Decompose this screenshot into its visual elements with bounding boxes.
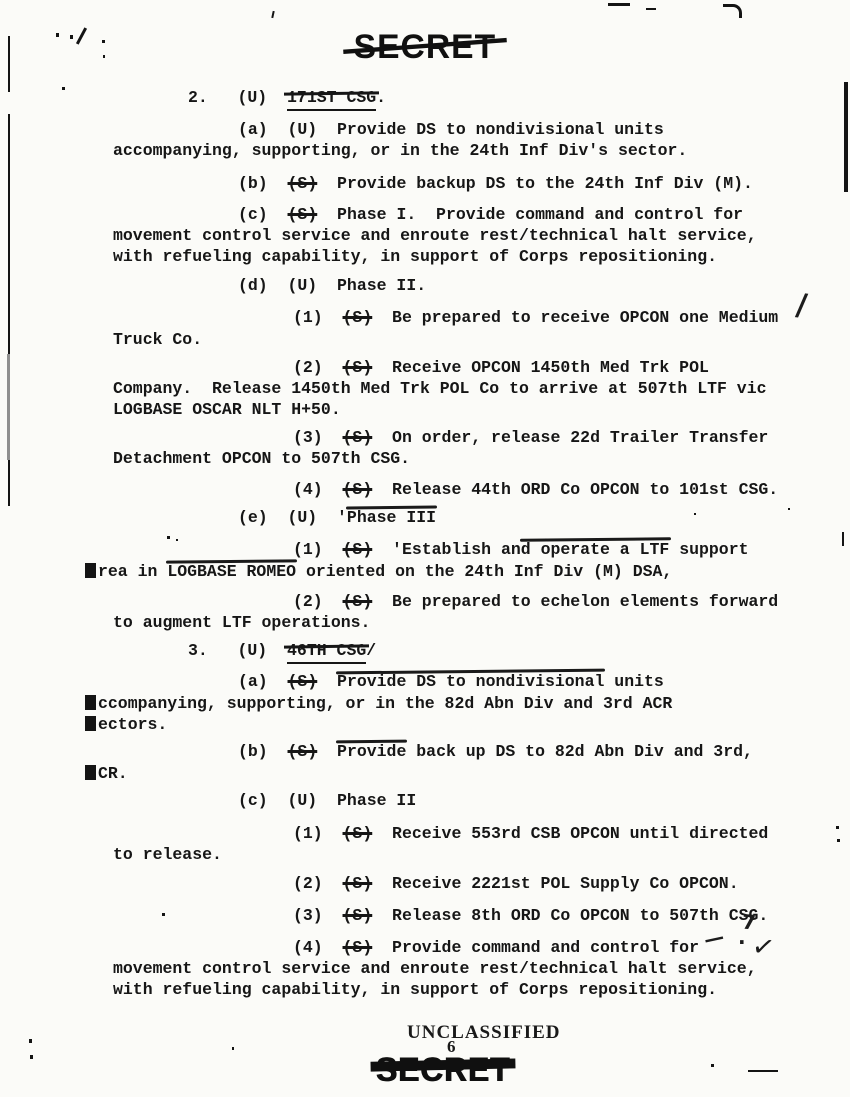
text-segment: (2) (293, 874, 343, 893)
text-segment: On order, release 22d Trailer Transfer (372, 428, 768, 447)
text-segment: Phase III (347, 508, 436, 528)
scan-artifact (62, 87, 65, 90)
document-line: (1) (S) 'Establish and operate a LTF sup… (293, 540, 749, 560)
text-segment: (S) (343, 592, 373, 611)
document-line: (d) (U) Phase II. (238, 276, 426, 296)
text-segment: (1) (293, 308, 343, 327)
document-line: 3. (U) 46TH CSG/ (188, 641, 376, 664)
text-segment (317, 672, 337, 691)
text-segment: (1) (293, 540, 343, 559)
document-line: (3) (S) Release 8th ORD Co OPCON to 507t… (293, 906, 768, 926)
text-segment: (S) (343, 428, 373, 447)
handwritten-mark: / (794, 291, 808, 322)
scan-artifact (56, 33, 59, 37)
text-segment: LOGBASE OSCAR NLT H+50. (113, 400, 341, 419)
text-segment: Provide backup DS to the 24th Inf Div (M… (317, 174, 753, 193)
text-segment: Receive 553rd CSB OPCON until directed (372, 824, 768, 843)
document-line: (2) (S) Receive OPCON 1450th Med Trk POL (293, 358, 709, 378)
document-line: rea in LOGBASE ROMEO oriented on the 24t… (85, 561, 672, 582)
text-segment: accompanying, supporting, or in the 24th… (113, 141, 687, 160)
scan-artifact (271, 11, 274, 18)
scan-artifact (723, 4, 742, 18)
scan-artifact (29, 1039, 32, 1043)
text-segment: (S) (343, 358, 373, 377)
text-segment: (S) (288, 672, 318, 691)
text-segment: (a) (U) Provide DS to nondivisional unit… (238, 120, 664, 139)
text-segment: support (669, 540, 748, 559)
ink-blot (85, 695, 96, 710)
text-segment: (3) (293, 428, 343, 447)
text-segment: Provide DS to nondivisional (337, 672, 604, 692)
document-line: (a) (U) Provide DS to nondivisional unit… (238, 120, 664, 140)
document-line: (2) (S) Receive 2221st POL Supply Co OPC… (293, 874, 739, 894)
scan-artifact (162, 913, 165, 916)
scan-artifact (176, 539, 178, 541)
text-segment: with refueling capability, in support of… (113, 247, 717, 266)
scan-artifact (232, 1047, 234, 1050)
document-line: (b) (S) Provide backup DS to the 24th In… (238, 174, 753, 194)
scan-artifact (844, 82, 848, 192)
classification-footer-stamp: SECRET (377, 1052, 509, 1088)
text-segment: (S) (343, 540, 373, 559)
secret-stamp-text: SECRET (354, 27, 497, 67)
document-line: (2) (S) Be prepared to echelon elements … (293, 592, 778, 612)
text-segment: LOGBASE ROMEO (167, 562, 296, 582)
text-segment: 171ST CSG (287, 88, 376, 111)
text-segment: (e) (U) ' (238, 508, 347, 527)
scan-artifact (8, 460, 10, 506)
handwritten-mark: — (702, 926, 726, 950)
text-segment: (S) (343, 480, 373, 499)
secret-stamp-text: SECRET (376, 1050, 510, 1090)
text-segment: (4) (293, 938, 343, 957)
text-segment: (a) (238, 672, 288, 691)
scan-artifact (748, 1070, 778, 1072)
scan-artifact (103, 55, 105, 58)
text-segment: to release. (113, 845, 222, 864)
text-segment: Phase I. Provide command and control for (317, 205, 743, 224)
text-segment: (b) (238, 742, 288, 761)
document-line: (b) (S) Provide back up DS to 82d Abn Di… (238, 742, 753, 762)
text-segment: (4) (293, 480, 343, 499)
text-segment: 3. (U) (188, 641, 287, 660)
text-segment: (d) (U) Phase II. (238, 276, 426, 295)
handwritten-mark: ✓ (750, 932, 777, 963)
scan-artifact (608, 3, 630, 6)
document-line: LOGBASE OSCAR NLT H+50. (113, 400, 341, 420)
text-segment: (2) (293, 358, 343, 377)
scan-artifact (8, 114, 10, 354)
document-line: (1) (S) Be prepared to receive OPCON one… (293, 308, 778, 328)
text-segment: back up DS to 82d Abn Div and 3rd, (406, 742, 753, 761)
text-segment (317, 742, 337, 761)
scan-artifact (836, 826, 839, 829)
text-segment: Truck Co. (113, 330, 202, 349)
document-line: (e) (U) 'Phase III (238, 508, 436, 528)
document-line: (c) (S) Phase I. Provide command and con… (238, 205, 743, 225)
document-line: (c) (U) Phase II (238, 791, 416, 811)
text-segment: Company. Release 1450th Med Trk POL Co t… (113, 379, 767, 398)
text-segment: (S) (343, 308, 373, 327)
text-segment: (S) (288, 742, 318, 761)
document-line: (3) (S) On order, release 22d Trailer Tr… (293, 428, 768, 448)
document-line: (4) (S) Release 44th ORD Co OPCON to 101… (293, 480, 778, 500)
document-line: with refueling capability, in support of… (113, 980, 717, 1000)
text-segment: movement control service and enroute res… (113, 959, 757, 978)
text-segment: (2) (293, 592, 343, 611)
ink-blot (85, 563, 96, 578)
document-line: (4) (S) Provide command and control for (293, 938, 699, 958)
scan-artifact (646, 8, 656, 10)
text-segment: to augment LTF operations. (113, 613, 370, 632)
text-segment: Release 8th ORD Co OPCON to 507th CSG. (372, 906, 768, 925)
document-line: ectors. (85, 714, 167, 735)
text-segment: (c) (U) Phase II (238, 791, 416, 810)
scan-artifact (8, 36, 10, 92)
text-segment: Provide command and control for (372, 938, 699, 957)
handwritten-mark: · (738, 932, 746, 952)
document-line: to augment LTF operations. (113, 613, 370, 633)
document-line: Truck Co. (113, 330, 202, 350)
document-line: Detachment OPCON to 507th CSG. (113, 449, 410, 469)
text-segment: 'Establish an (372, 540, 521, 559)
text-segment: (3) (293, 906, 343, 925)
text-segment: (S) (343, 938, 373, 957)
text-segment: 46TH CSG (287, 641, 366, 664)
text-segment: Be prepared to echelon elements forward (372, 592, 778, 611)
text-segment: ccompanying, supporting, or in the 82d A… (98, 694, 672, 713)
scan-artifact (7, 354, 10, 460)
text-segment: Receive 2221st POL Supply Co OPCON. (372, 874, 738, 893)
text-segment: (S) (288, 205, 318, 224)
text-segment: (S) (343, 906, 373, 925)
text-segment: (S) (343, 874, 373, 893)
text-segment: Provide (337, 742, 406, 762)
scan-artifact (102, 40, 105, 43)
text-segment: Detachment OPCON to 507th CSG. (113, 449, 410, 468)
scan-artifact (842, 532, 844, 546)
text-segment: CR. (98, 764, 128, 783)
text-segment: ectors. (98, 715, 167, 734)
text-segment: 2. (U) (188, 88, 287, 107)
document-line: CR. (85, 763, 128, 784)
scan-artifact (30, 1055, 33, 1059)
document-line: 2. (U) 171ST CSG. (188, 88, 386, 111)
document-line: movement control service and enroute res… (113, 959, 757, 979)
ink-blot (85, 716, 96, 731)
scan-artifact (837, 839, 840, 842)
ink-blot (85, 765, 96, 780)
document-page: SECRET 2. (U) 171ST CSG.(a) (U) Provide … (0, 0, 850, 1097)
document-line: accompanying, supporting, or in the 24th… (113, 141, 687, 161)
scan-artifact (788, 508, 790, 510)
text-segment: (b) (238, 174, 288, 193)
text-segment: Receive OPCON 1450th Med Trk POL (372, 358, 709, 377)
scan-artifact (711, 1064, 714, 1067)
scan-artifact (70, 35, 73, 39)
document-line: (1) (S) Receive 553rd CSB OPCON until di… (293, 824, 768, 844)
text-segment: oriented on the 24th Inf Div (M) DSA, (296, 562, 672, 581)
text-segment: d operate a LTF (521, 540, 670, 560)
text-segment: Be prepared to receive OPCON one Medium (372, 308, 778, 327)
classification-header-stamp: SECRET (0, 28, 850, 65)
text-segment: (S) (343, 824, 373, 843)
text-segment: Release 44th ORD Co OPCON to 101st CSG. (372, 480, 778, 499)
document-line: with refueling capability, in support of… (113, 247, 717, 267)
text-segment: (1) (293, 824, 343, 843)
document-line: to release. (113, 845, 222, 865)
text-segment: units (604, 672, 663, 691)
text-segment: (S) (288, 174, 318, 193)
document-line: movement control service and enroute res… (113, 226, 757, 246)
text-segment: rea in (98, 562, 167, 581)
scan-artifact (167, 536, 170, 539)
text-segment: with refueling capability, in support of… (113, 980, 717, 999)
document-line: (a) (S) Provide DS to nondivisional unit… (238, 672, 664, 692)
document-line: ccompanying, supporting, or in the 82d A… (85, 693, 672, 714)
document-line: Company. Release 1450th Med Trk POL Co t… (113, 379, 767, 399)
text-segment: movement control service and enroute res… (113, 226, 757, 245)
scan-artifact (694, 513, 696, 515)
text-segment: (c) (238, 205, 288, 224)
unclassified-stamp: UNCLASSIFIED (407, 1022, 560, 1044)
